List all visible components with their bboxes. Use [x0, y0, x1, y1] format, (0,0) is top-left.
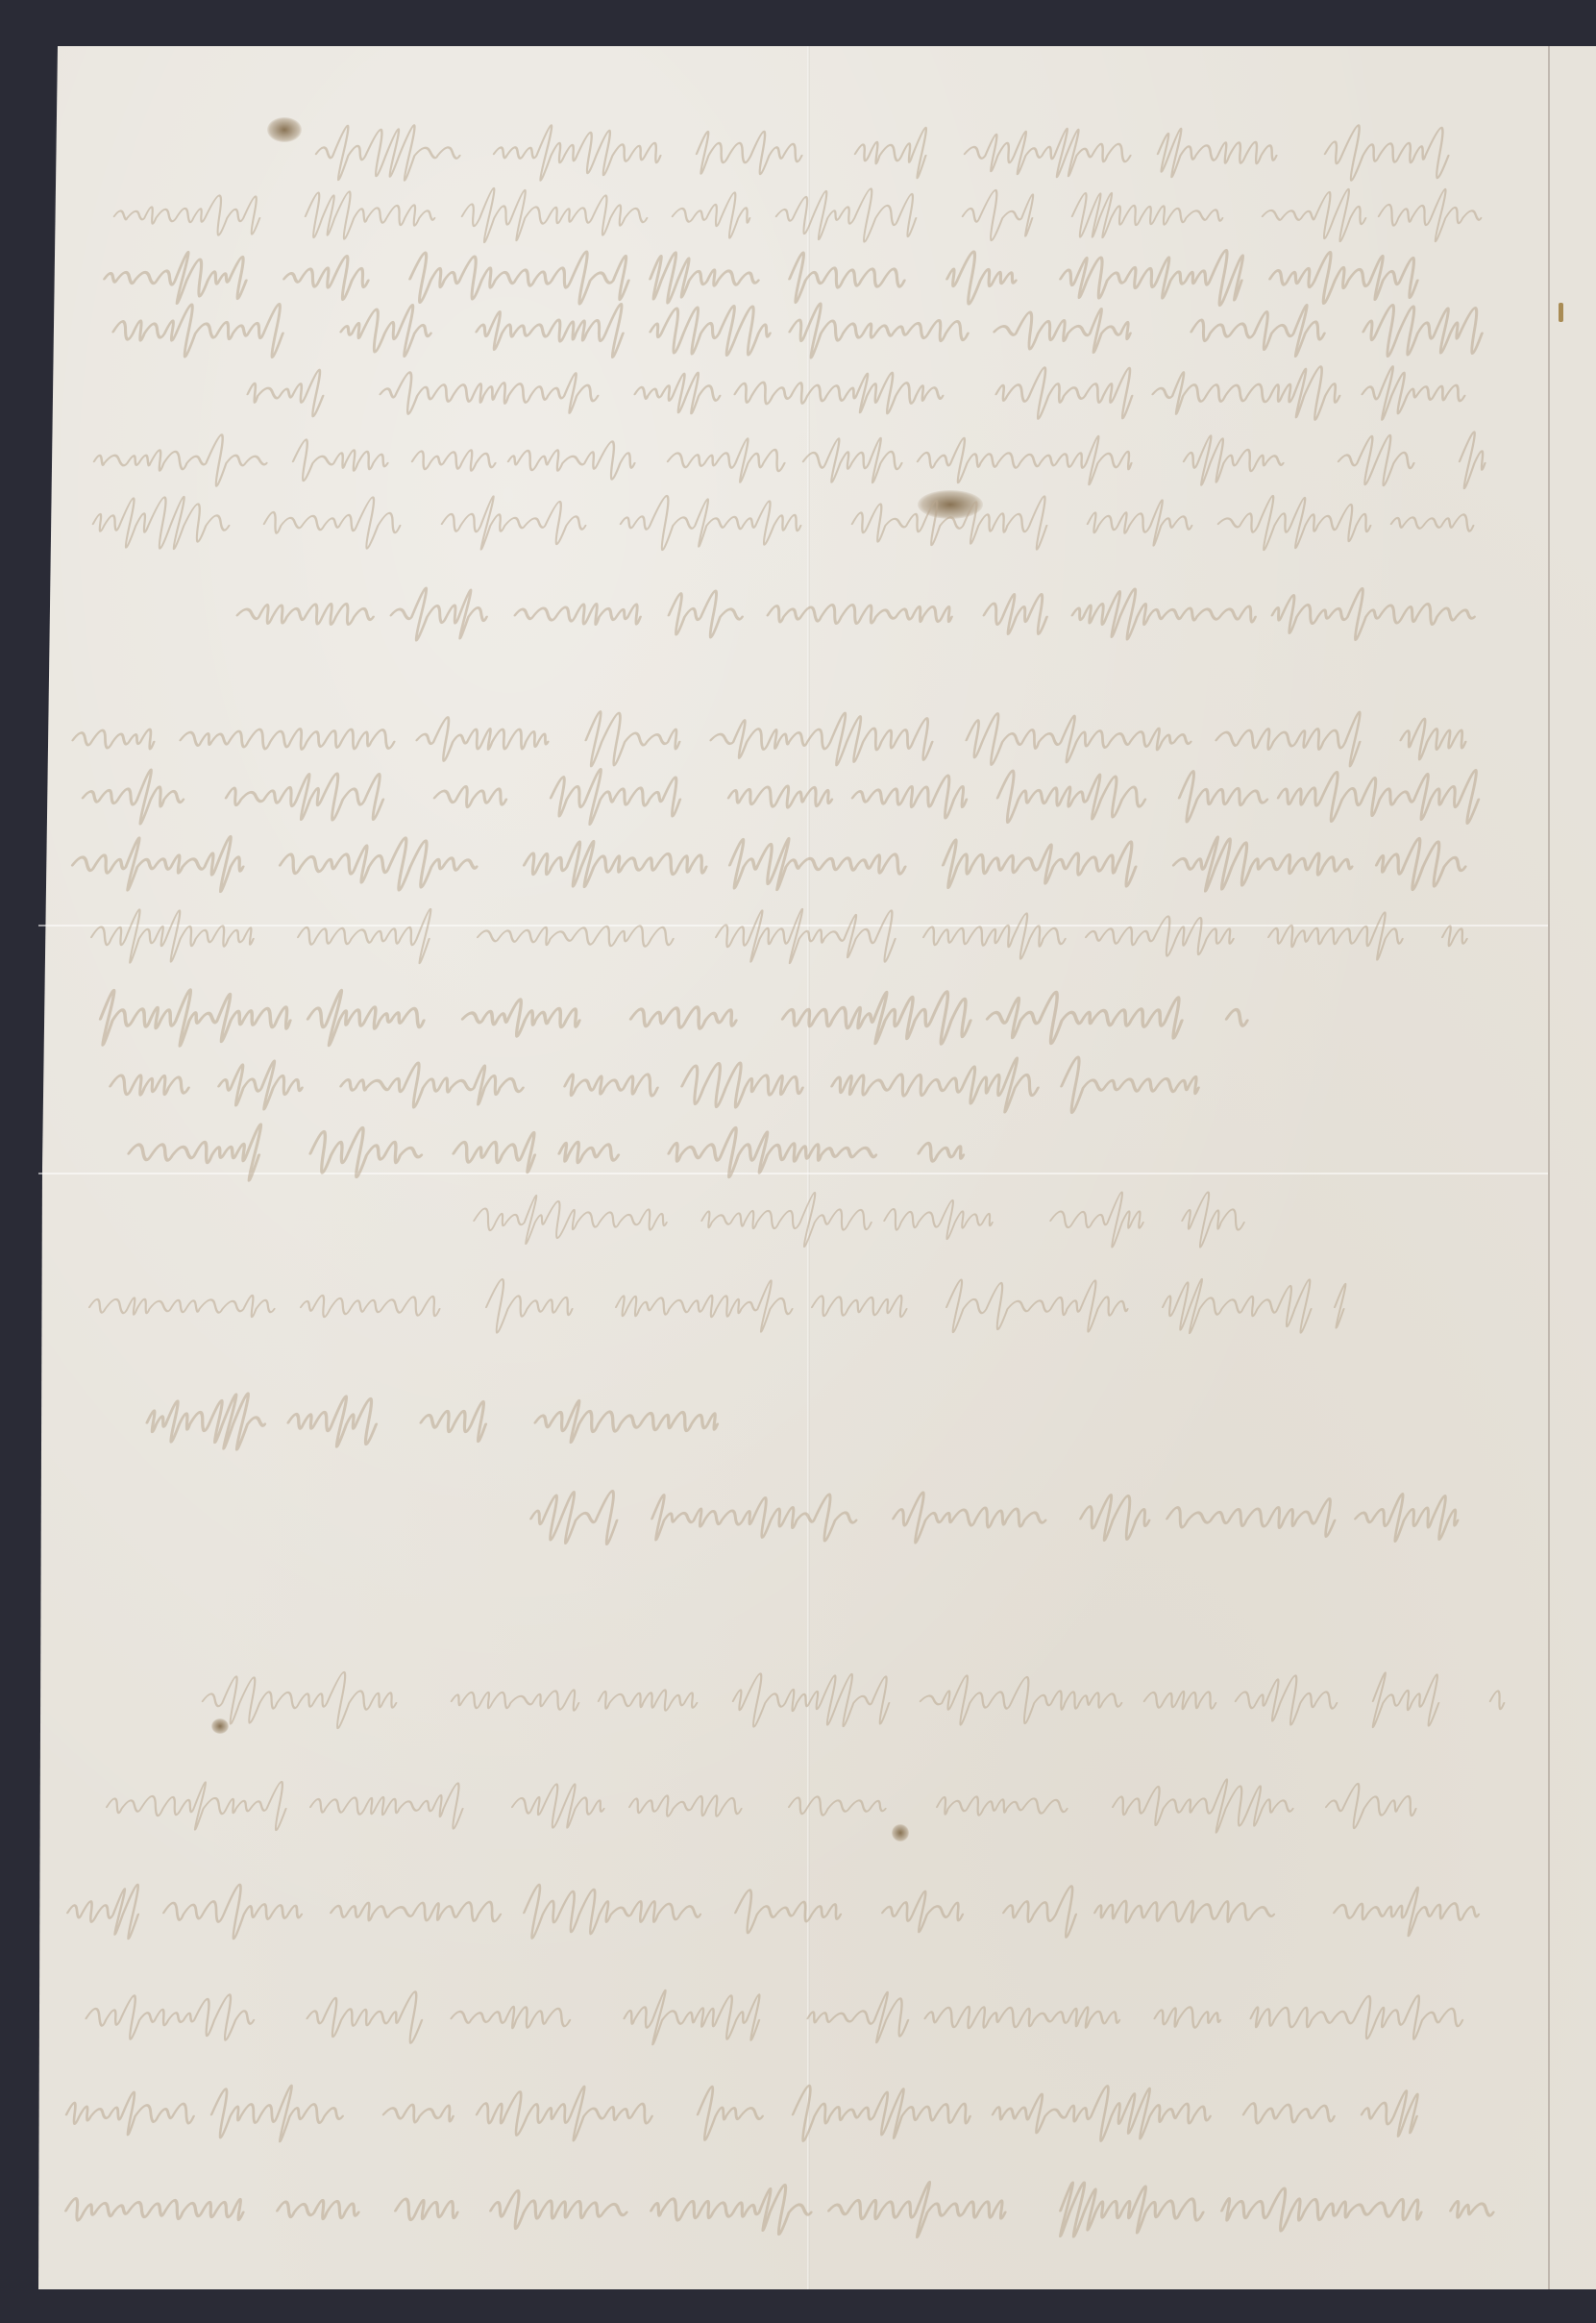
scanned-letter-page	[0, 0, 1596, 2323]
horizontal-fold-line-lower	[38, 1173, 1548, 1174]
ink-stain	[211, 1718, 229, 1734]
ink-stain	[267, 117, 302, 142]
ink-stain	[918, 490, 983, 519]
adjacent-page-edge	[1548, 46, 1550, 2289]
edge-mark	[1559, 303, 1563, 322]
ink-stain	[892, 1824, 909, 1841]
paper-sheet	[38, 46, 1596, 2289]
vertical-fold-line	[807, 46, 810, 2289]
horizontal-fold-line-upper	[38, 925, 1548, 927]
